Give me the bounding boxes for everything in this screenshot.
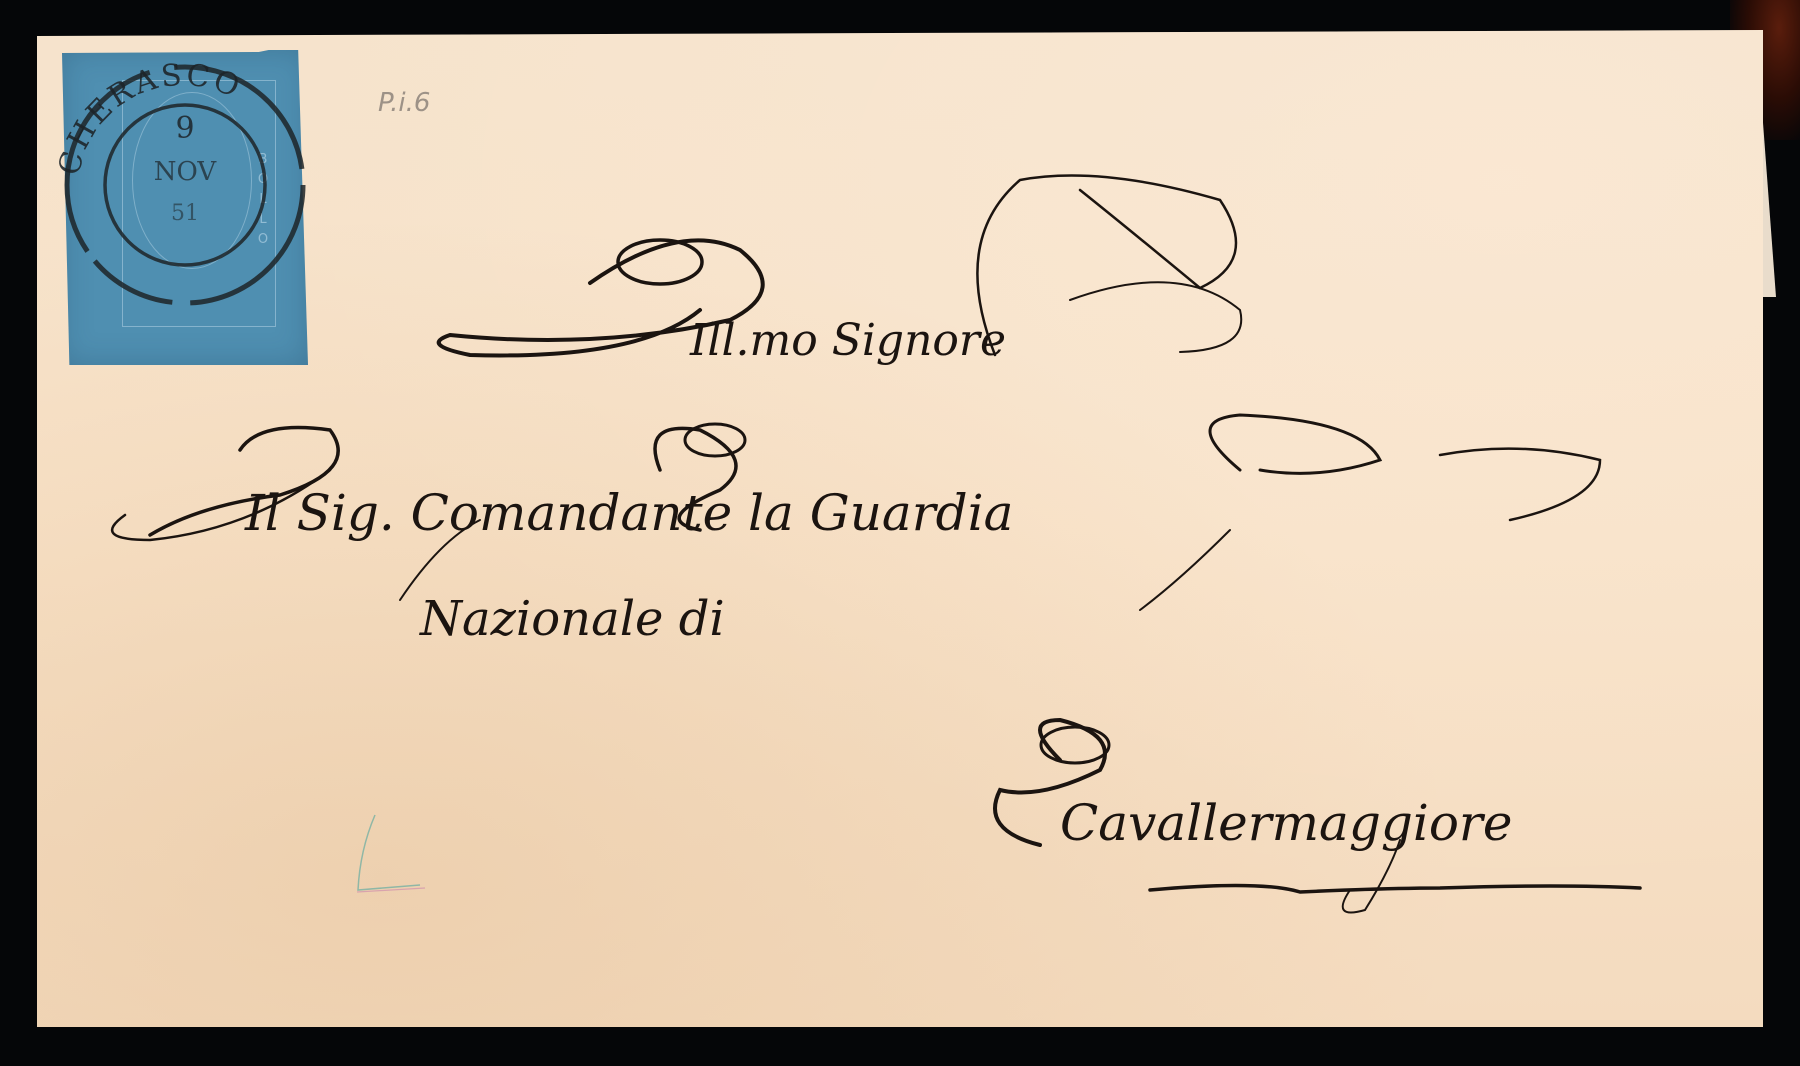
address-line-3: Nazionale di [419, 591, 725, 647]
address-line-4: Cavallermaggiore [1060, 794, 1512, 852]
address-line-1: Ill.mo Signore [689, 315, 1006, 366]
handwritten-address: Ill.mo Signore Il Sig. Comandante la Gua… [0, 0, 1800, 1066]
address-line-2: Il Sig. Comandante la Guardia [244, 484, 1013, 542]
